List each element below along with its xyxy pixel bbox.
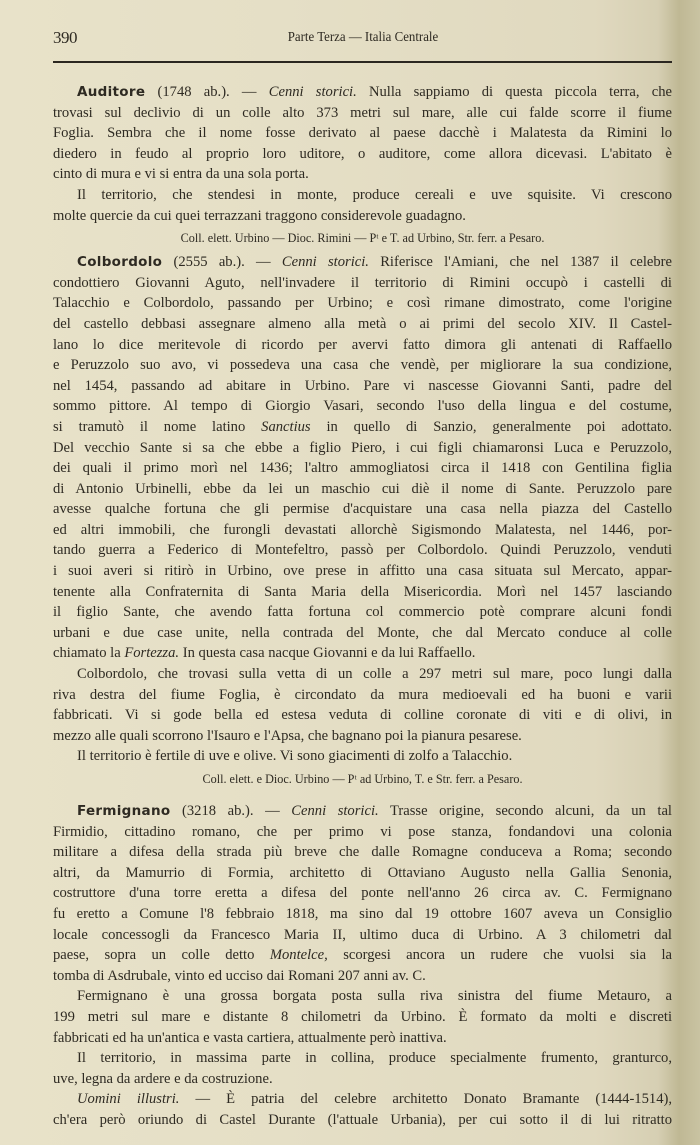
page-number: 390 — [53, 28, 77, 48]
entry-name: Fermignano — [77, 803, 170, 819]
text-line: condottiero Giovanni Aguto, nell'invader… — [53, 273, 672, 294]
header-rule — [53, 61, 672, 63]
text-line: diedero in feudo al proprio loro uditore… — [53, 144, 672, 165]
entry-population: (2555 ab.). — — [174, 254, 271, 270]
text-line: dei quali il primo morì nel 1436; l'altr… — [53, 458, 672, 479]
text-line: e Peruzzolo suo avo, vi possedeva una ca… — [53, 355, 672, 376]
text-line: il figlio Sante, che avendo fatta fortun… — [53, 602, 672, 623]
italic-term: Sanctius — [261, 419, 310, 435]
text-line: fabbricati. Vi si gode bella ed estesa v… — [53, 705, 672, 726]
entry-colbordolo: Colbordolo (2555 ab.). — Cenni storici. … — [80, 252, 672, 789]
text-line: Trasse origine, secondo alcuni, da un ta… — [390, 803, 672, 819]
text-line: i suoi averi si ritirò in Urbino, ove pr… — [53, 561, 672, 582]
entry-name: Auditore — [77, 84, 145, 100]
text-line: fabbricati ed ha un'antica e vasta carti… — [53, 1028, 672, 1049]
text-line: locale concessogli da Francesco Maria II… — [53, 925, 672, 946]
entry-auditore: Auditore (1748 ab.). — Cenni storici. Nu… — [80, 82, 672, 248]
entry-first-line: Fermignano (3218 ab.). — Cenni storici. … — [65, 801, 672, 822]
entry-population: (3218 ab.). — — [182, 803, 280, 819]
text-line: tando guerra a Federico di Montefeltro, … — [53, 540, 672, 561]
text-line: Nulla sappiamo di questa piccola terra, … — [369, 84, 672, 100]
entry-population: (1748 ab.). — — [158, 84, 257, 100]
italic-term: Fortezza. — [124, 645, 179, 661]
section-label: Cenni storici. — [269, 84, 357, 100]
text-line: fu eretto a Comune l'8 febbraio 1818, ma… — [53, 904, 672, 925]
entry-fermignano: Fermignano (3218 ab.). — Cenni storici. … — [80, 801, 672, 1131]
section-label: Cenni storici. — [291, 803, 378, 819]
spacer — [80, 793, 672, 801]
section-label: Cenni storici. — [282, 254, 369, 270]
text-line: Il territorio, in massima parte in colli… — [65, 1048, 672, 1069]
text-line: cinto di mura e vi si entra da una sola … — [53, 164, 672, 185]
section-label: Uomini illustri. — [77, 1091, 179, 1107]
text-line: Firmidio, cittadino romano, che per prim… — [53, 822, 672, 843]
text-line: Fermignano è una grossa borgata posta su… — [65, 986, 672, 1007]
text-line: chiamato la Fortezza. In questa casa nac… — [53, 643, 672, 664]
text-line: avesse qualche fortuna che gli permise d… — [53, 499, 672, 520]
text-line: 199 metri sul mare e distante 8 chilomet… — [53, 1007, 672, 1028]
text-fragment: scorgesi ancora un rudere che vuolsi sia… — [343, 947, 672, 963]
text-line: mezzo alle quali scorrono l'Isauro e l'A… — [53, 726, 672, 747]
text-line: Talacchio e Colbordolo, passando per Urb… — [53, 293, 672, 314]
entry-first-line: Auditore (1748 ab.). — Cenni storici. Nu… — [65, 82, 672, 103]
text-fragment: chiamato la — [53, 645, 121, 661]
text-line: Del vecchio Sante si sa che ebbe a figli… — [53, 438, 672, 459]
text-line: ch'era però oriundo di Castel Durante (l… — [53, 1110, 672, 1131]
entry-colophon: Coll. elett. e Dioc. Urbino — Pᵗ ad Urbi… — [53, 769, 672, 789]
text-line: Il territorio, che stendesi in monte, pr… — [65, 185, 672, 206]
running-head: 390 Parte Terza — Italia Centrale — [53, 28, 673, 50]
text-line: Uomini illustri. — È patria del celebre … — [65, 1089, 672, 1110]
text-line: Foglia. Sembra che il nome fosse derivat… — [53, 123, 672, 144]
text-line: militare a difesa della strada più breve… — [53, 842, 672, 863]
text-line: del castello debbasi assegnare almeno al… — [53, 314, 672, 335]
text-line: costruttore d'una torre eretta a difesa … — [53, 883, 672, 904]
text-line: Riferisce l'Amiani, che nel 1387 il cele… — [380, 254, 672, 270]
text-line: tomba di Asdrubale, vinto ed ucciso dai … — [53, 966, 672, 987]
text-fragment: si tramutò il nome latino — [53, 419, 245, 435]
book-page: 390 Parte Terza — Italia Centrale Audito… — [0, 0, 700, 1145]
text-line: Il territorio è fertile di uve e olive. … — [65, 746, 672, 767]
text-line: urbani e due case unite, nella contrada … — [53, 623, 672, 644]
entry-name: Colbordolo — [77, 254, 162, 270]
entry-colophon: Coll. elett. Urbino — Dioc. Rimini — Pᵗ … — [53, 228, 672, 248]
text-line: uve, legna da ardere e da costruzione. — [53, 1069, 672, 1090]
text-fragment: paese, sopra un colle detto — [53, 947, 254, 963]
text-line: riva destra del fiume Foglia, è circonda… — [53, 685, 672, 706]
text-line: di Antonio Urbinelli, ebbe da lei un mas… — [53, 479, 672, 500]
text-line: lano lo dice meritevole di ricordo per a… — [53, 335, 672, 356]
text-line: Colbordolo, che trovasi sulla vetta di u… — [65, 664, 672, 685]
page-body: Auditore (1748 ab.). — Cenni storici. Nu… — [80, 82, 672, 1131]
text-line: paese, sopra un colle detto Montelce, sc… — [53, 945, 672, 966]
text-line: sommo pittore. Al tempo di Giorgio Vasar… — [53, 396, 672, 417]
text-fragment: In questa casa nacque Giovanni e da lui … — [183, 645, 476, 661]
text-line: nel 1454, passando ad abitare in Urbino.… — [53, 376, 672, 397]
text-line: molte quercie da cui quei terrazzani tra… — [53, 206, 672, 227]
text-line: altri, da Mamurrio di Formia, architetto… — [53, 863, 672, 884]
text-line: ed altri immobili, che furongli devastat… — [53, 520, 672, 541]
text-line: trovasi sul declivio di un colle alto 37… — [53, 103, 672, 124]
entry-first-line: Colbordolo (2555 ab.). — Cenni storici. … — [65, 252, 672, 273]
text-fragment: in quello di Sanzio, generalmente poi ad… — [326, 419, 672, 435]
running-title: Parte Terza — Italia Centrale — [78, 30, 648, 46]
text-line: tenente alla Confraternita di Santa Mari… — [53, 582, 672, 603]
italic-term: Montelce, — [270, 947, 328, 963]
text-line: si tramutò il nome latino Sanctius in qu… — [53, 417, 672, 438]
text-fragment: — È patria del celebre architetto Donato… — [195, 1091, 672, 1107]
